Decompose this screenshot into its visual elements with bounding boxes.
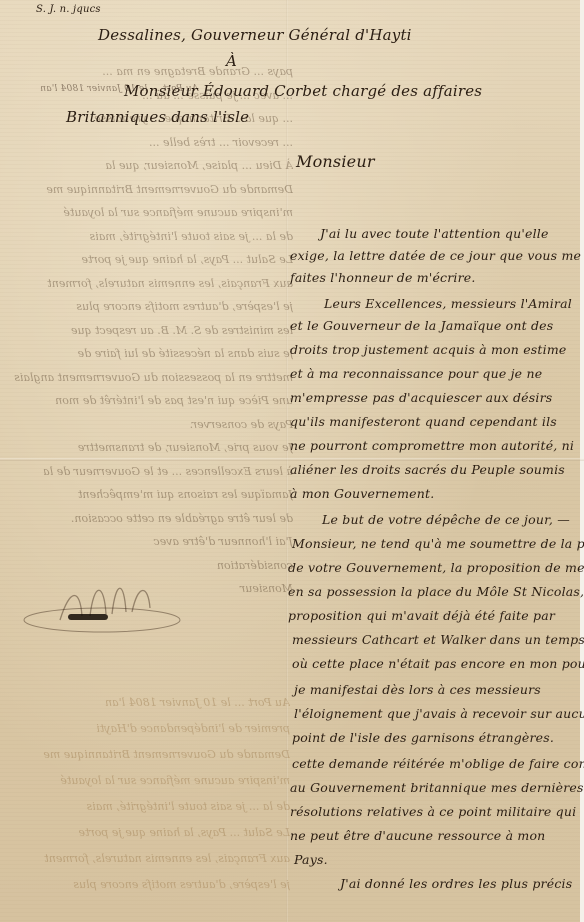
paragraph-3-line: en sa possession la place du Môle St Nic… [288,584,584,599]
paragraph-1-line: J'ai lu avec toute l'attention qu'elle [320,226,549,241]
paragraph-2-line: Leurs Excellences, messieurs l'Amiral [324,296,572,311]
recipient-line-1: Monsieur Édouard Corbet chargé des affai… [124,82,482,100]
paragraph-3-line: ne peut être d'aucune ressource à mon [290,828,545,843]
paragraph-3-line: proposition qui m'avait déjà été faite p… [288,608,555,623]
paragraph-2-line: qu'ils manifesteront quand cependant ils [290,414,557,429]
paragraph-1-line: exige, la lettre datée de ce jour que vo… [290,248,581,263]
sender-line: Dessalines, Gouverneur Général d'Hayti [98,26,412,44]
paragraph-3-line: au Gouvernement britannique mes dernière… [290,780,584,795]
paragraph-3-line: messieurs Cathcart et Walker dans un tem… [292,632,584,647]
salutation: Monsieur [296,152,375,171]
bleed-through-text-upper: pays ... Grande Bretagne en ma ... ... a… [8,60,293,601]
paragraph-2-line: droits trop justement acquis à mon estim… [290,342,566,357]
paragraph-3-line: Monsieur, ne tend qu'à me soumettre de l… [292,536,584,551]
paragraph-2-line: et à ma reconnaissance pour que je ne [290,366,542,381]
paragraph-2-line: aliéner les droits sacrés du Peuple soum… [290,462,565,477]
recipient-line-2: Britanniques dans l'isle [66,108,249,126]
bleed-through-text-lower: Au Port ... le 10 Janvier 1804 l'an prem… [10,690,290,898]
paragraph-1-line: faites l'honneur de m'écrire. [290,270,476,285]
letter-page: pays ... Grande Bretagne en ma ... ... a… [0,0,584,922]
paragraph-3-line: je manifestai dès lors à ces messieurs [294,682,541,697]
paragraph-3-line: cette demande réitérée m'oblige de faire… [292,756,584,771]
paragraph-2-line: m'empresse pas d'acquiescer aux désirs [290,390,552,405]
paragraph-3-line: Pays. [294,852,328,867]
paragraph-3-line: de votre Gouvernement, la proposition de… [288,560,584,575]
marginal-note: S. J. n. jqucs [36,4,101,15]
paragraph-2-line: à mon Gouvernement. [290,486,434,501]
paragraph-3-line: point de l'isle des garnisons étrangères… [292,730,554,745]
paragraph-3-line: Le but de votre dépêche de ce jour, — [322,512,570,527]
paragraph-4-line: J'ai donné les ordres les plus précis [340,876,572,891]
signature-bleed-flourish [20,568,200,640]
preposition: À [226,52,237,70]
paragraph-2-line: et le Gouverneur de la Jamaïque ont des [290,318,553,333]
paragraph-3-line: résolutions relatives à ce point militai… [290,804,576,819]
paragraph-2-line: ne pourront compromettre mon autorité, n… [290,438,574,453]
paragraph-3-line: l'éloignement que j'avais à recevoir sur… [294,706,584,721]
ink-blot [68,614,108,620]
paragraph-3-line: où cette place n'était pas encore en mon… [292,656,584,671]
